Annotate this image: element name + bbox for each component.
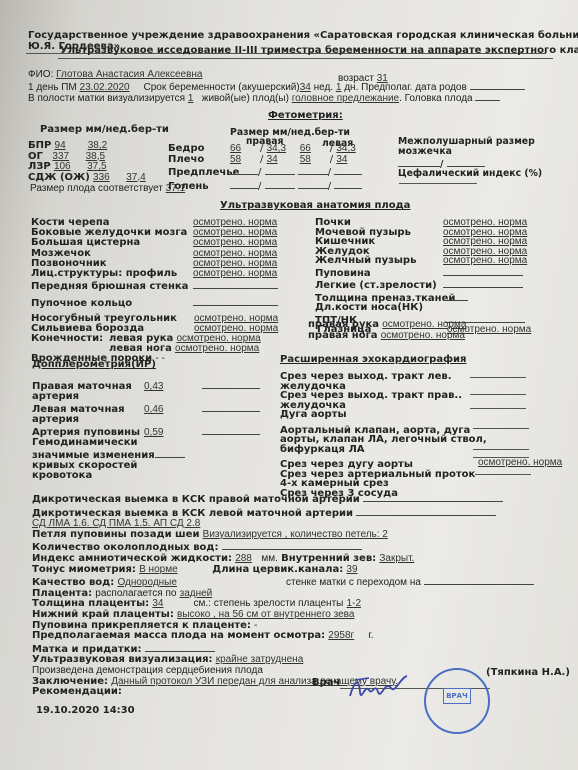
doppler-table: Правая маточная0,43 артерия Левая маточн… (32, 379, 260, 481)
uterus-row: Матка и придатки: (32, 642, 534, 656)
dicrotic-left-row: Дикротическая выемка в КСК левой маточно… (32, 506, 534, 520)
head-blank (475, 91, 500, 101)
doctor-stamp-icon: ВРАЧ (424, 668, 490, 734)
anatomy-row: Пупочное кольцо (31, 296, 278, 309)
bone-row: Предплечье/ / (168, 165, 364, 179)
fetometry-title: Фетометрия: (268, 110, 343, 121)
bone-row: Плечо58/ 34 58/ 34 (168, 155, 364, 166)
echo-row: Срез через выход. тракт лев.желудочка (280, 372, 487, 391)
institution-name: Государственное учреждение здравоохранен… (28, 30, 578, 41)
bottom-section: Дикротическая выемка в КСК правой маточн… (32, 492, 534, 698)
doppler-title: Допплерометрия(ИР) (32, 359, 156, 370)
fetometry-header-left: Размер мм/нед.бер-ти (40, 124, 169, 135)
doctor-name: (Тяпкина Н.А.) (486, 667, 570, 678)
anatomy-row: Дл.кости носа(НК) (315, 303, 531, 313)
anatomy-row: Легкие (ст.зрелости) (315, 278, 531, 291)
divider (58, 58, 553, 59)
echo-title: Расширенная эхокардиография (280, 354, 466, 365)
right-limbs: правая рука осмотрено. норма правая нога… (308, 320, 466, 341)
cavity-row: В полости матки визуализируется 1 живой(… (28, 91, 500, 104)
doctor-label: Врач (312, 677, 340, 688)
quality-row: Качество вод: Однородные стенке матки с … (32, 575, 534, 589)
anatomy-row: Желчный пузырьосмотрено. норма (315, 256, 531, 266)
anatomy-row: Лиц.структуры: профильосмотрено. норма (31, 269, 278, 279)
fetometry-left-table: БПР 94 38,2 ОГ 337 38,5 ЛЗР 106 37,5 СДЖ… (28, 141, 146, 183)
size-match-row: Размер плода соответствует 37.1 (30, 183, 185, 194)
fetometry-bones-table: Бедро66/ 34,3 66/ 34,3 Плечо58/ 34 58/ 3… (168, 144, 364, 192)
amniotic-row: Количество околоплодных вод: (32, 540, 534, 554)
echo-4chamber-value: осмотрено. норма (478, 457, 562, 468)
fetus-count: 1 (188, 93, 194, 104)
fetal-weight-row: Предполагаемая масса плода на момент осм… (32, 631, 534, 642)
report-datetime: 19.10.2020 14:30 (36, 705, 135, 716)
echo-row: Срез через выход. тракт прав..желудочка (280, 391, 487, 410)
ultrasound-report-page: Государственное учреждение здравоохранен… (0, 0, 578, 770)
bone-row: Голень/ / (168, 179, 364, 193)
signature-icon (345, 674, 415, 706)
report-title: Ультразвуковое исседование II-III тримес… (60, 45, 578, 56)
cephalic-blank (399, 183, 477, 184)
fetometry-row: СДЖ (ОЖ) 336 37,4 (28, 173, 146, 184)
limbs-row: правая нога осмотрено. норма (308, 331, 466, 342)
tonus-row: Тонус миометрия: В норме Длина цервик.ка… (32, 565, 534, 576)
patient-name: Глотова Анастасия Алексеевна (56, 69, 271, 80)
presentation: головное предлежание (292, 93, 399, 104)
echo-table: Срез через выход. тракт лев.желудочка Ср… (280, 372, 487, 498)
echo-row: Дуга аорты (280, 410, 487, 420)
cerebellum-label: Межполушарный размер мозжечка / (398, 137, 535, 170)
fio-row: ФИО: Глотова Анастасия Алексеевна (28, 69, 271, 80)
anatomy-right-list: Почкиосмотрено. норма Мочевой пузырьосмо… (315, 218, 531, 335)
echo-row: Аортальный клапан, аорта, дугааорты, кла… (280, 426, 487, 455)
anatomy-title: Ультразвуковая анатомия плода (220, 200, 410, 211)
anatomy-row: Передняя брюшная стенка (31, 279, 278, 292)
cord-neck-row: Петля пуповины позади шеи Визуализируетс… (32, 530, 534, 541)
anatomy-row: Пуповина (315, 266, 531, 279)
dicrotic-right-row: Дикротическая выемка в КСК правой маточн… (32, 492, 534, 506)
bone-row: Бедро66/ 34,3 66/ 34,3 (168, 144, 364, 155)
cephalic-index-label: Цефалический индекс (%) (398, 168, 542, 179)
due-date-blank (470, 80, 525, 90)
anatomy-left-list: Кости черепаосмотрено. норма Боковые жел… (31, 218, 278, 365)
